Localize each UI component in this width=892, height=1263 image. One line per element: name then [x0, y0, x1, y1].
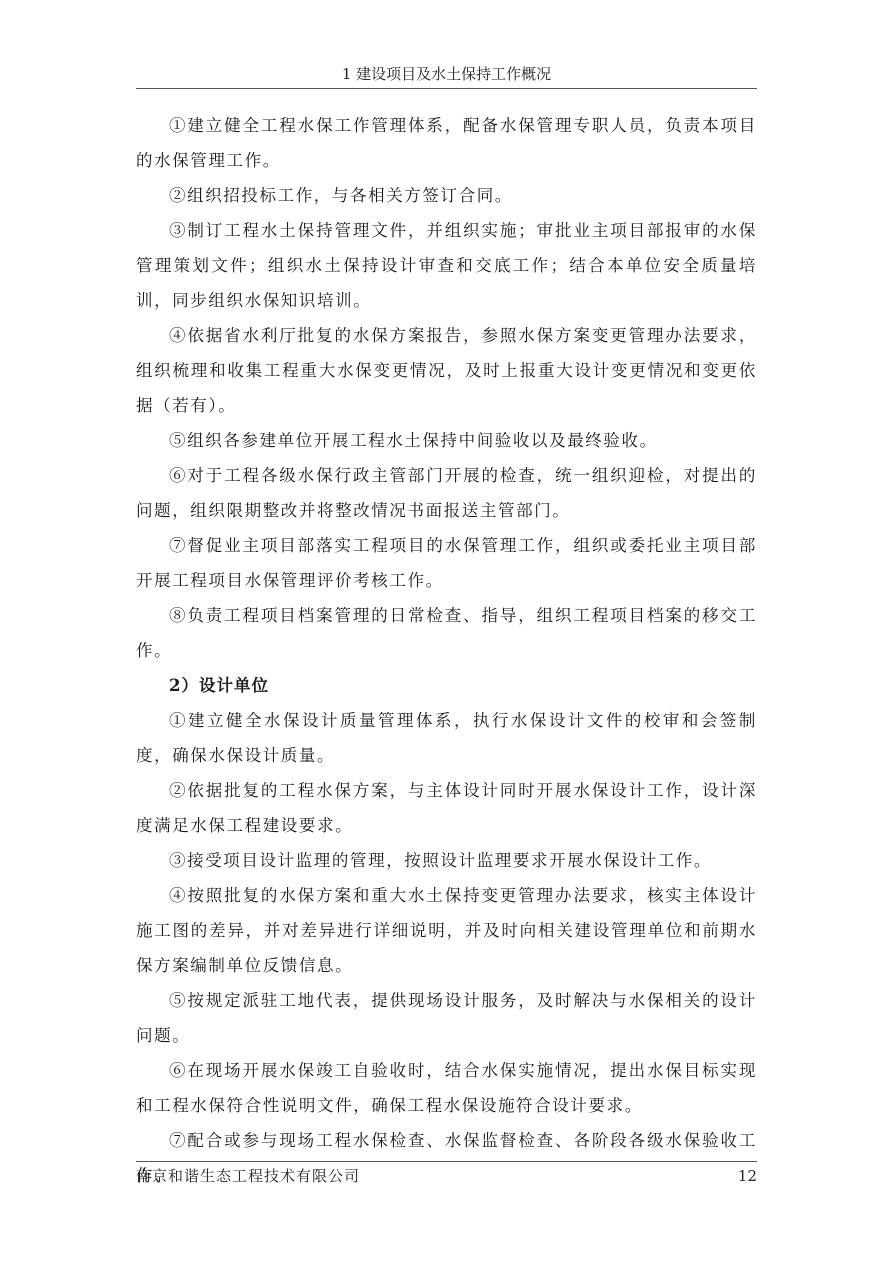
company-name: 南京和谐生态工程技术有限公司: [136, 1164, 360, 1188]
paragraph-owner-4: ④依据省水利厅批复的水保方案报告，参照水保方案变更管理办法要求，组织梳理和收集工…: [136, 318, 757, 423]
paragraph-design-1: ①建立健全水保设计质量管理体系，执行水保设计文件的校审和会签制度，确保水保设计质…: [136, 703, 757, 773]
paragraph-owner-6: ⑥对于工程各级水保行政主管部门开展的检查，统一组织迎检，对提出的问题，组织限期整…: [136, 458, 757, 528]
paragraph-owner-1: ①建立健全工程水保工作管理体系，配备水保管理专职人员，负责本项目的水保管理工作。: [136, 108, 757, 178]
paragraph-design-4: ④按照批复的水保方案和重大水土保持变更管理办法要求，核实主体设计施工图的差异，并…: [136, 878, 757, 983]
section-heading-design-unit: 2）设计单位: [136, 668, 757, 703]
running-footer: 南京和谐生态工程技术有限公司 12: [136, 1164, 757, 1188]
paragraph-owner-2: ②组织招投标工作，与各相关方签订合同。: [136, 178, 757, 213]
paragraph-owner-8: ⑧负责工程项目档案管理的日常检查、指导，组织工程项目档案的移交工作。: [136, 598, 757, 668]
paragraph-design-2: ②依据批复的工程水保方案，与主体设计同时开展水保设计工作，设计深度满足水保工程建…: [136, 773, 757, 843]
running-header: 1 建设项目及水土保持工作概况: [136, 62, 757, 86]
header-divider: [136, 88, 757, 89]
paragraph-owner-3: ③制订工程水土保持管理文件，并组织实施；审批业主项目部报审的水保管理策划文件；组…: [136, 213, 757, 318]
page-body: ①建立健全工程水保工作管理体系，配备水保管理专职人员，负责本项目的水保管理工作。…: [136, 108, 757, 1193]
paragraph-design-6: ⑥在现场开展水保竣工自验收时，结合水保实施情况，提出水保目标实现和工程水保符合性…: [136, 1053, 757, 1123]
footer-divider: [136, 1161, 757, 1162]
page-number: 12: [738, 1164, 757, 1188]
paragraph-design-5: ⑤按规定派驻工地代表，提供现场设计服务，及时解决与水保相关的设计问题。: [136, 983, 757, 1053]
paragraph-owner-5: ⑤组织各参建单位开展工程水土保持中间验收以及最终验收。: [136, 423, 757, 458]
paragraph-design-3: ③接受项目设计监理的管理，按照设计监理要求开展水保设计工作。: [136, 843, 757, 878]
paragraph-owner-7: ⑦督促业主项目部落实工程项目的水保管理工作，组织或委托业主项目部开展工程项目水保…: [136, 528, 757, 598]
